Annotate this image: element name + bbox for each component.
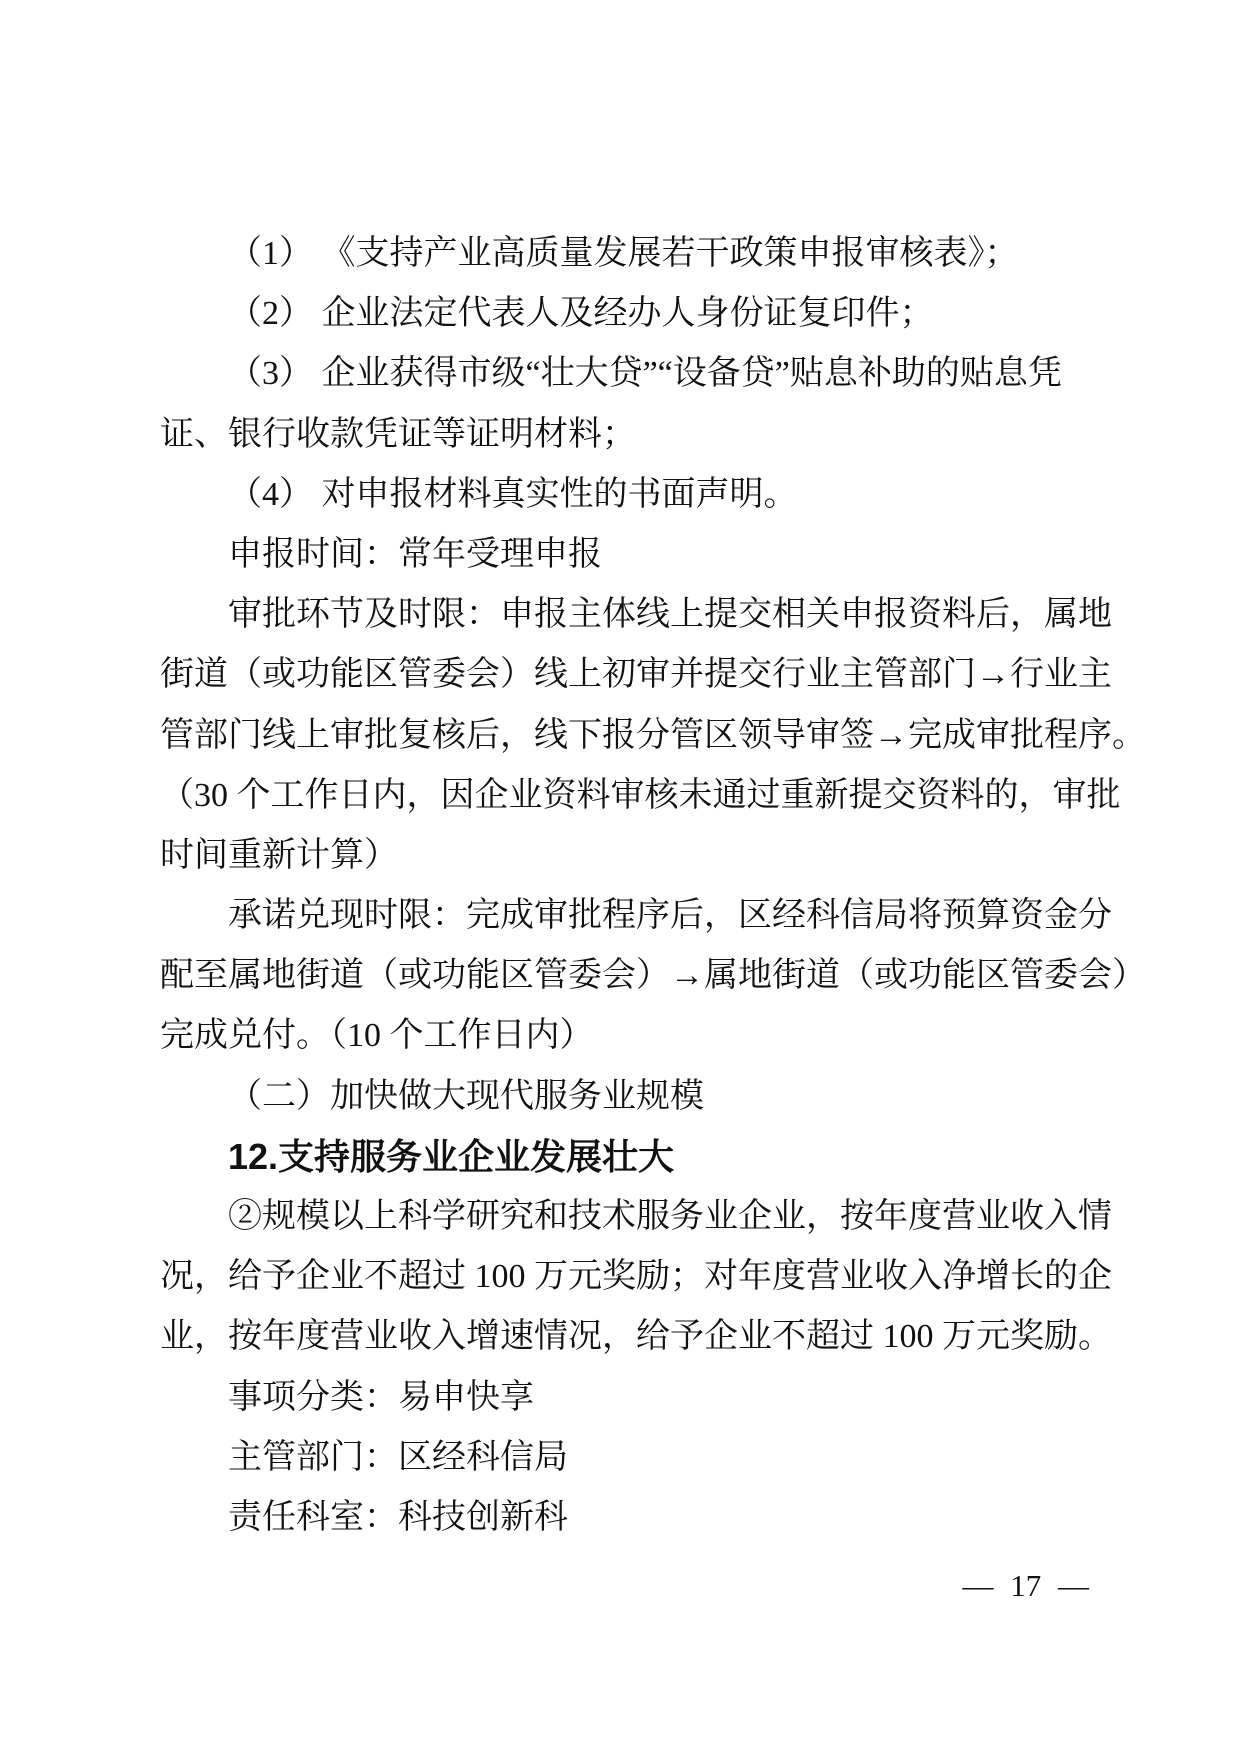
section-heading: 12.支持服务业企业发展壮大	[160, 1127, 1110, 1187]
text-line: 事项分类：易申快享	[160, 1368, 1110, 1428]
text-line: 承诺兑现时限：完成审批程序后，区经科信局将预算资金分	[160, 886, 1110, 946]
text-line: 业，按年度营业收入增速情况，给予企业不超过 100 万元奖励。	[160, 1307, 1110, 1367]
text-line: ②规模以上科学研究和技术服务业企业，按年度营业收入情	[160, 1187, 1110, 1247]
text-line: 完成兑付。（10 个工作日内）	[160, 1006, 1110, 1066]
text-line: （4） 对申报材料真实性的书面声明。	[160, 465, 1110, 525]
text-line: （3） 企业获得市级“壮大贷”“设备贷”贴息补助的贴息凭	[160, 344, 1110, 404]
text-line: 管部门线上审批复核后，线下报分管区领导审签→完成审批程序。	[160, 706, 1110, 766]
page-number: — 17 —	[963, 1566, 1090, 1606]
text-line: 审批环节及时限：申报主体线上提交相关申报资料后，属地	[160, 585, 1110, 645]
document-page: （1） 《支持产业高质量发展若干政策申报审核表》； （2） 企业法定代表人及经办…	[0, 0, 1241, 1755]
text-line: 配至属地街道（或功能区管委会）→属地街道（或功能区管委会）	[160, 946, 1110, 1006]
text-line: 申报时间：常年受理申报	[160, 525, 1110, 585]
document-body: （1） 《支持产业高质量发展若干政策申报审核表》； （2） 企业法定代表人及经办…	[160, 224, 1110, 1548]
text-line: 证、银行收款凭证等证明材料；	[160, 405, 1110, 465]
text-line: （2） 企业法定代表人及经办人身份证复印件；	[160, 284, 1110, 344]
text-line: （30 个工作日内，因企业资料审核未通过重新提交资料的，审批	[160, 766, 1110, 826]
text-line: （1） 《支持产业高质量发展若干政策申报审核表》；	[160, 224, 1110, 284]
text-line: 主管部门：区经科信局	[160, 1428, 1110, 1488]
text-line: 责任科室：科技创新科	[160, 1488, 1110, 1548]
text-line: 况，给予企业不超过 100 万元奖励；对年度营业收入净增长的企	[160, 1247, 1110, 1307]
text-line: 街道（或功能区管委会）线上初审并提交行业主管部门→行业主	[160, 645, 1110, 705]
text-line: 时间重新计算）	[160, 826, 1110, 886]
subsection-title: （二）加快做大现代服务业规模	[160, 1067, 1110, 1127]
